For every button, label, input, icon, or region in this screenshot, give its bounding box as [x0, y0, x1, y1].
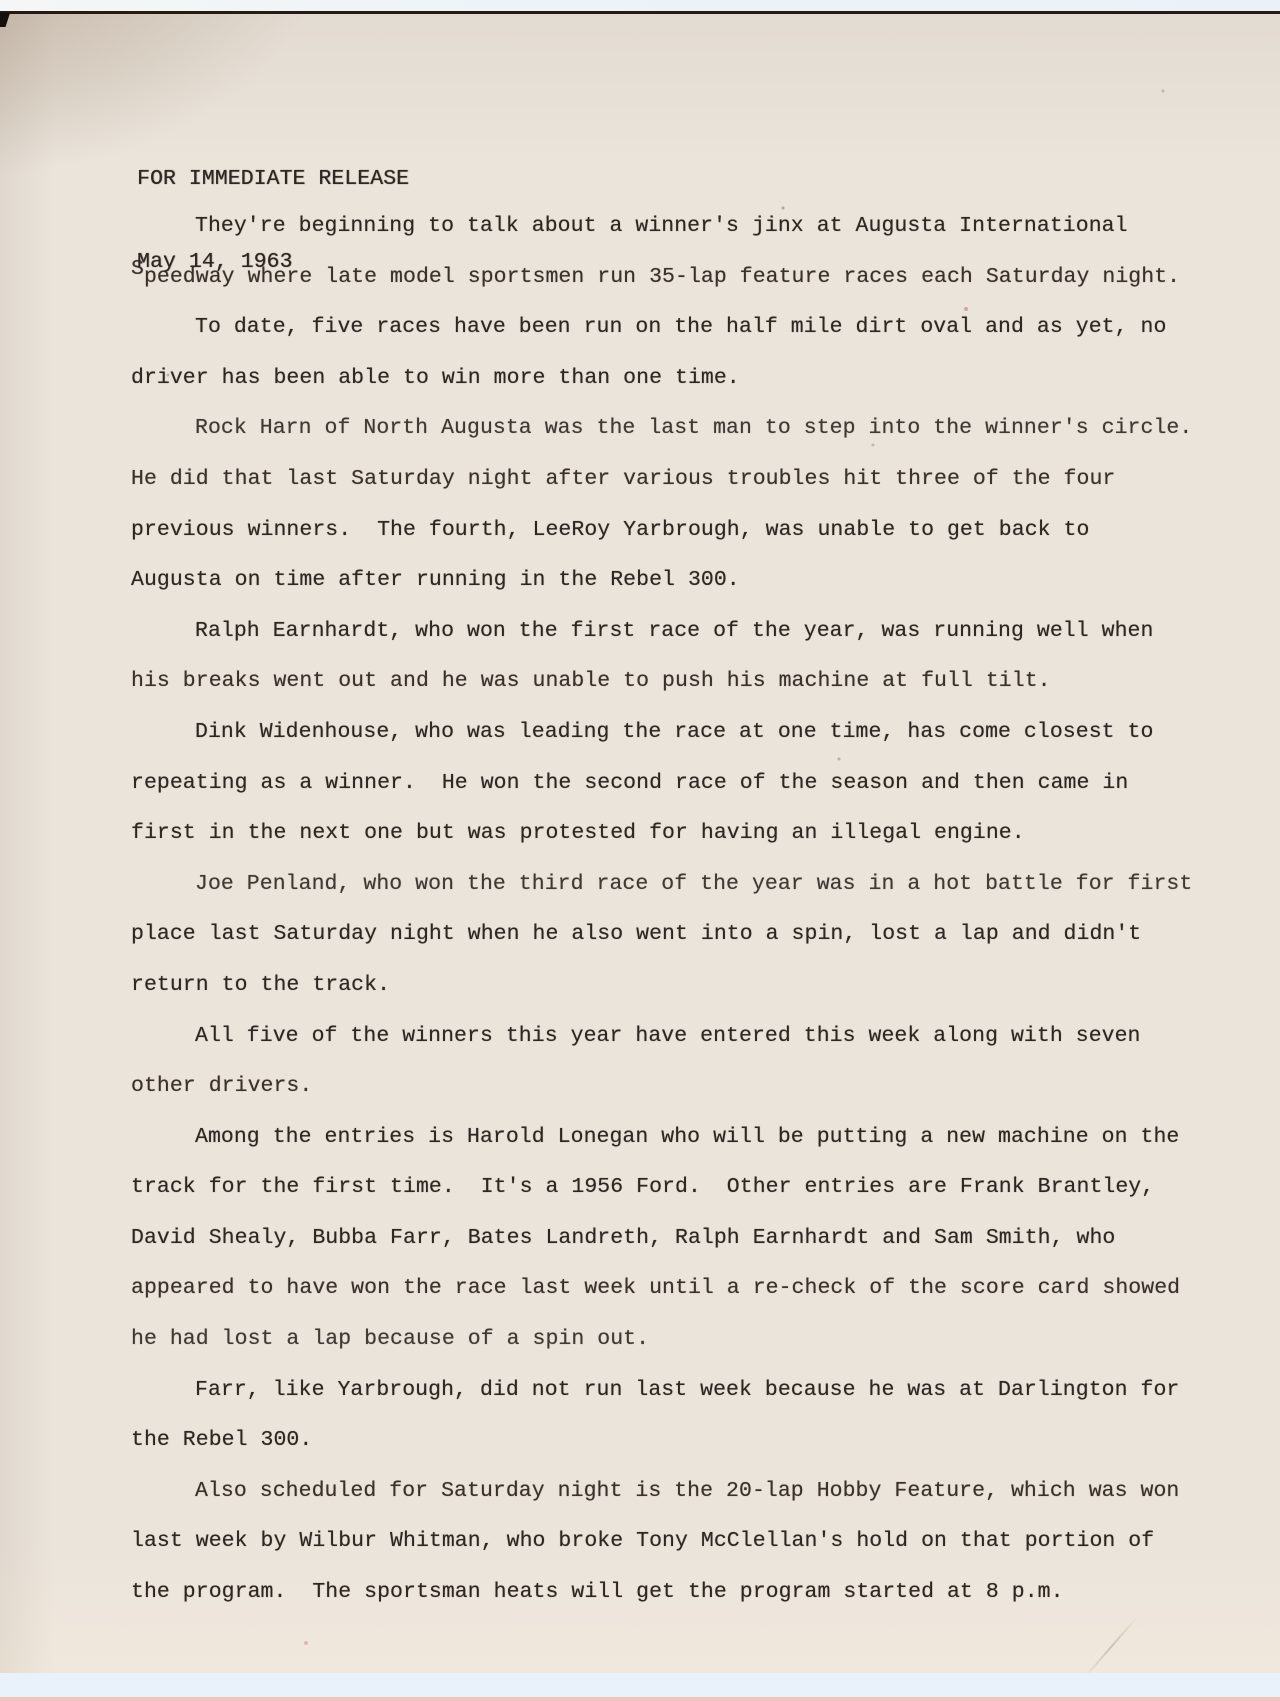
text-line: They're beginning to talk about a winner…	[131, 201, 1241, 252]
text-line: place last Saturday night when he also w…	[131, 909, 1241, 960]
text-line: first in the next one but was protested …	[131, 808, 1241, 859]
paper-sheet: FOR IMMEDIATE RELEASE May 14, 1963 They'…	[0, 14, 1280, 1673]
document-body: They're beginning to talk about a winner…	[131, 201, 1241, 1618]
text-line: Speedway where late model sportsmen run …	[131, 252, 1241, 303]
text-line: He did that last Saturday night after va…	[131, 454, 1241, 505]
text-line: Also scheduled for Saturday night is the…	[131, 1466, 1241, 1517]
raised-character: S	[131, 257, 144, 281]
text-line: the Rebel 300.	[131, 1415, 1241, 1466]
text-line: David Shealy, Bubba Farr, Bates Landreth…	[131, 1213, 1241, 1264]
text-line: Among the entries is Harold Lonegan who …	[131, 1112, 1241, 1163]
paper-specks	[0, 14, 2, 16]
text-line: last week by Wilbur Whitman, who broke T…	[131, 1516, 1241, 1567]
text-line: Augusta on time after running in the Reb…	[131, 555, 1241, 606]
release-header-label: FOR IMMEDIATE RELEASE	[137, 166, 409, 194]
text-line: To date, five races have been run on the…	[131, 302, 1241, 353]
text-line: appeared to have won the race last week …	[131, 1263, 1241, 1314]
text-line: All five of the winners this year have e…	[131, 1011, 1241, 1062]
text-line: his breaks went out and he was unable to…	[131, 656, 1241, 707]
text-line: the program. The sportsman heats will ge…	[131, 1567, 1241, 1618]
text-line: return to the track.	[131, 960, 1241, 1011]
scanner-edge-top	[0, 0, 1280, 11]
text-line: Dink Widenhouse, who was leading the rac…	[131, 707, 1241, 758]
text-line: Rock Harn of North Augusta was the last …	[131, 403, 1241, 454]
scanned-press-release: FOR IMMEDIATE RELEASE May 14, 1963 They'…	[0, 0, 1280, 1701]
text-line: he had lost a lap because of a spin out.	[131, 1314, 1241, 1365]
text-line: Joe Penland, who won the third race of t…	[131, 859, 1241, 910]
text-line: track for the first time. It's a 1956 Fo…	[131, 1162, 1241, 1213]
text-line: Farr, like Yarbrough, did not run last w…	[131, 1365, 1241, 1416]
paper-crease	[1083, 1616, 1138, 1679]
text-line: other drivers.	[131, 1061, 1241, 1112]
scanner-edge-bottom	[0, 1673, 1280, 1697]
scanner-edge-bottom-line	[0, 1697, 1280, 1701]
text-line: Ralph Earnhardt, who won the first race …	[131, 606, 1241, 657]
text-line: previous winners. The fourth, LeeRoy Yar…	[131, 505, 1241, 556]
text-line: repeating as a winner. He won the second…	[131, 758, 1241, 809]
text-line: driver has been able to win more than on…	[131, 353, 1241, 404]
